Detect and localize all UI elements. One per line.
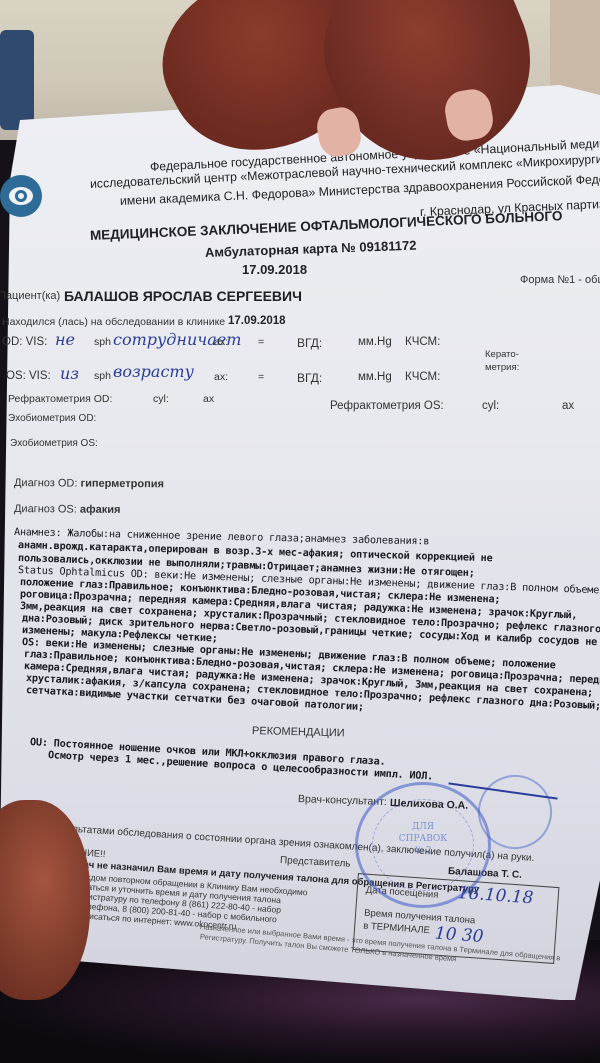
refraction-os-ax: ax — [562, 400, 574, 412]
document-date: 17.09.2018 — [242, 262, 307, 277]
os-iop-unit: мм.Hg — [358, 371, 392, 383]
diagnosis-od: Диагноз OD: гиперметропия — [14, 477, 164, 490]
diagnosis-os: Диагноз OS: афакия — [14, 503, 121, 516]
od-ax-label: ax: — [214, 336, 228, 348]
od-kchsm-label: КЧСМ: — [405, 336, 440, 348]
form-number: Форма №1 - общ — [520, 274, 600, 286]
os-vis-handwritten: из — [60, 364, 79, 383]
patient-name: БАЛАШОВ ЯРОСЛАВ СЕРГЕЕВИЧ — [64, 288, 302, 304]
stay-date: 17.09.2018 — [228, 315, 286, 327]
od-sph-label: sph — [94, 336, 111, 348]
refraction-os-label: Рефрактометрия OS: — [330, 400, 444, 412]
stay-label: Находился (лась) на обследовании в клини… — [2, 316, 225, 328]
document-title: МЕДИЦИНСКОЕ ЗАКЛЮЧЕНИЕ ОФТАЛЬМОЛОГИЧЕСКО… — [90, 208, 563, 243]
os-equals: = — [258, 371, 264, 383]
recommendations-heading: РЕКОМЕНДАЦИИ — [252, 725, 345, 739]
refraction-os-cyl: cyl: — [482, 400, 499, 412]
os-iop-label: ВГД: — [297, 371, 322, 385]
diagnosis-od-label: Диагноз OD: — [14, 477, 78, 490]
ambulatory-card-number: Амбулаторная карта № 09181172 — [205, 238, 417, 260]
diagnosis-od-value: гиперметропия — [80, 478, 164, 491]
diagnosis-os-value: афакия — [80, 504, 121, 516]
stamp-text: ДЛЯ СПРАВОК № 2 — [358, 821, 488, 857]
diagnosis-os-label: Диагноз OS: — [14, 503, 77, 516]
os-kchsm-label: КЧСМ: — [405, 371, 440, 383]
os-sph-label: sph — [94, 370, 111, 382]
od-equals: = — [258, 336, 264, 348]
os-sph-handwritten: возрасту — [113, 362, 194, 381]
od-vis-label: OD: VIS: — [2, 336, 47, 348]
od-vis-handwritten: не — [55, 330, 75, 349]
od-iop-label: ВГД: — [297, 336, 322, 350]
patient-label: Пациент(ка) — [0, 290, 60, 302]
terminal-label: в ТЕРМИНАЛЕ — [363, 921, 430, 937]
echobiometry-od-label: Эхобиометрия OD: — [8, 413, 96, 424]
echobiometry-os-label: Эхобиометрия OS: — [10, 438, 98, 449]
representative-label: Представитель — [280, 855, 351, 870]
refraction-od-cyl: cyl: — [153, 393, 169, 405]
os-ax-label: ax: — [214, 371, 228, 383]
round-stamp: ДЛЯ СПРАВОК № 2 — [355, 782, 491, 908]
os-vis-label: OS: VIS: — [6, 370, 51, 382]
od-iop-unit: мм.Hg — [358, 336, 392, 348]
refraction-od-ax: ax — [203, 393, 214, 405]
keratometry-label: Керато- метрия: — [485, 348, 519, 374]
ticket-time-value: 10 30 — [434, 924, 484, 947]
refraction-od-label: Рефрактометрия OD: — [8, 393, 112, 405]
document-content: Федеральное государственное автономное у… — [0, 0, 600, 1063]
